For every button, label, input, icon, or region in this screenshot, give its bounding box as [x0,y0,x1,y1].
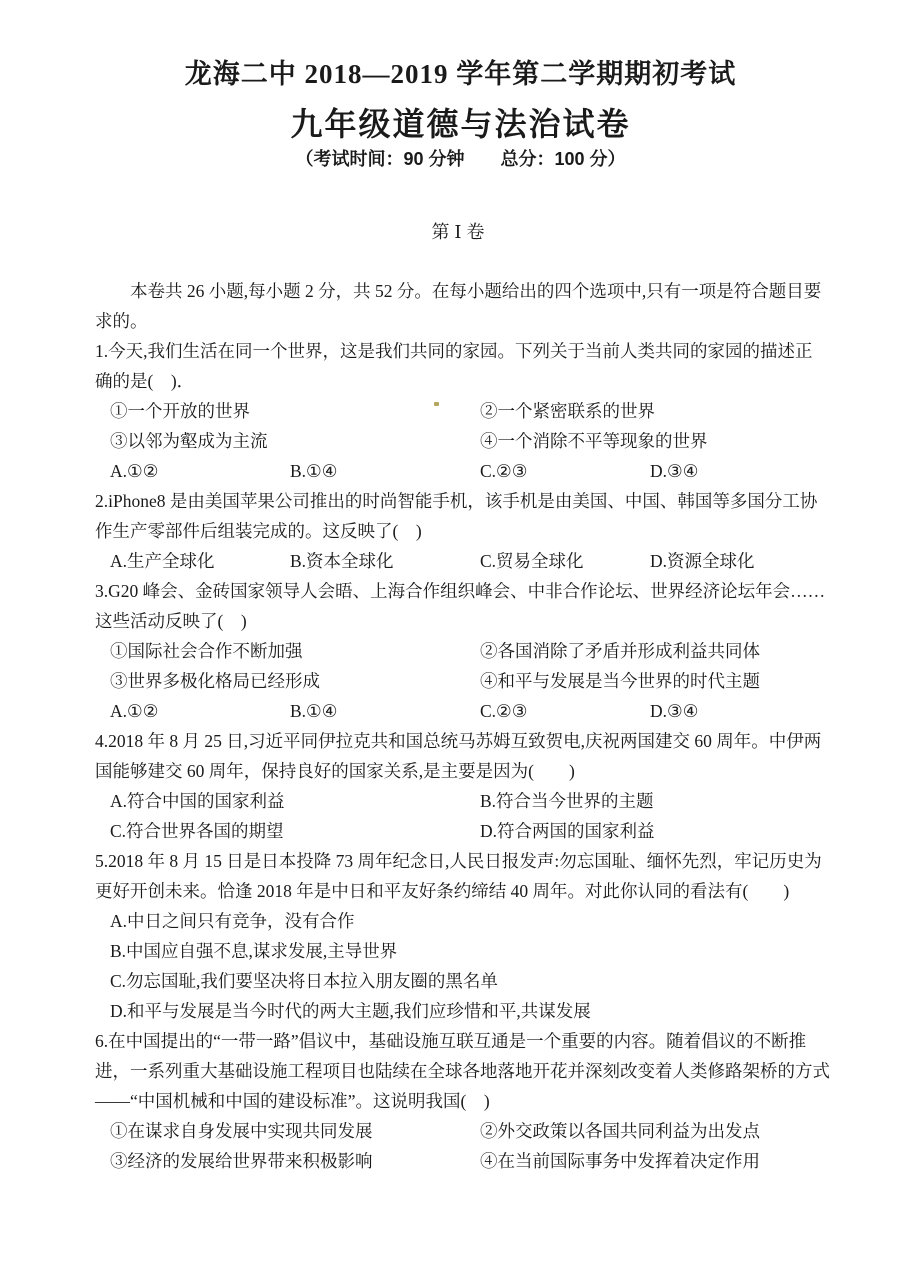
question-6-stem-line-2: 进，一系列重大基础设施工程项目也陆续在全球各地落地开花并深刻改变着人类修路架桥的… [0,1056,921,1086]
option-item-3: ③以邻为壑成为主流 [110,426,268,456]
question-6-option-row-2: ③经济的发展给世界带来积极影响 ④在当前国际事务中发挥着决定作用 [0,1146,921,1176]
question-4-stem-line-2: 国能够建交 60 周年，保持良好的国家关系,是主要是因为( ) [0,756,921,786]
option-item-1: ①国际社会合作不断加强 [110,636,303,666]
choice-d: D.③④ [650,456,698,486]
option-item-4: ④和平与发展是当今世界的时代主题 [480,666,760,696]
question-5-choice-c: C.勿忘国耻,我们要坚决将日本拉入朋友圈的黑名单 [0,966,921,996]
question-3-option-row-1: ①国际社会合作不断加强 ②各国消除了矛盾并形成利益共同体 [0,636,921,666]
paper-body: 本卷共 26 小题,每小题 2 分，共 52 分。在每小题给出的四个选项中,只有… [0,276,921,1176]
question-3-choice-row: A.①② B.①④ C.②③ D.③④ [0,696,921,726]
choice-c: C.符合世界各国的期望 [110,816,284,846]
exam-session-title: 龙海二中 2018—2019 学年第二学期期初考试 [0,56,921,92]
choice-c: C.②③ [480,456,527,486]
question-4-stem-line-1: 4.2018 年 8 月 25 日,习近平同伊拉克共和国总统马苏姆互致贺电,庆祝… [0,726,921,756]
choice-c: C.贸易全球化 [480,546,584,576]
question-5-choice-a: A.中日之间只有竞争，没有合作 [0,906,921,936]
question-6-stem-line-1: 6.在中国提出的“一带一路”倡议中，基础设施互联互通是一个重要的内容。随着倡议的… [0,1026,921,1056]
section-title: 第Ⅰ卷 [0,219,921,245]
choice-b: B.符合当今世界的主题 [480,786,654,816]
question-4-choice-row-cd: C.符合世界各国的期望 D.符合两国的国家利益 [0,816,921,846]
question-6-stem-line-3: ——“中国机械和中国的建设标准”。这说明我国( ) [0,1086,921,1116]
stray-ink-dot [434,402,439,406]
option-item-4: ④在当前国际事务中发挥着决定作用 [480,1146,760,1176]
question-1-choice-row: A.①② B.①④ C.②③ D.③④ [0,456,921,486]
question-1-option-row-2: ③以邻为壑成为主流 ④一个消除不平等现象的世界 [0,426,921,456]
question-2-stem-line-1: 2.iPhone8 是由美国苹果公司推出的时尚智能手机，该手机是由美国、中国、韩… [0,486,921,516]
question-1-stem-line-1: 1.今天,我们生活在同一个世界，这是我们共同的家园。下列关于当前人类共同的家园的… [0,336,921,366]
question-1-option-row-1: ①一个开放的世界 ②一个紧密联系的世界 [0,396,921,426]
choice-d: D.③④ [650,696,698,726]
choice-a: A.生产全球化 [110,546,215,576]
question-5-stem-line-2: 更好开创未来。恰逢 2018 年是中日和平友好条约缔结 40 周年。对此你认同的… [0,876,921,906]
question-6-option-row-1: ①在谋求自身发展中实现共同发展 ②外交政策以各国共同利益为出发点 [0,1116,921,1146]
question-5-choice-d: D.和平与发展是当今时代的两大主题,我们应珍惜和平,共谋发展 [0,996,921,1026]
question-2-stem-line-2: 作生产零部件后组装完成的。这反映了( ) [0,516,921,546]
choice-b: B.①④ [290,456,337,486]
exam-paper-page: 龙海二中 2018—2019 学年第二学期期初考试 九年级道德与法治试卷 （考试… [0,0,921,1276]
choice-a: A.①② [110,456,158,486]
question-1-stem-line-2: 确的是( )． [0,366,921,396]
question-4-choice-row-ab: A.符合中国的国家利益 B.符合当今世界的主题 [0,786,921,816]
option-item-1: ①在谋求自身发展中实现共同发展 [110,1116,373,1146]
question-5-choice-b: B.中国应自强不息,谋求发展,主导世界 [0,936,921,966]
option-item-2: ②一个紧密联系的世界 [480,396,655,426]
choice-c: C.②③ [480,696,527,726]
option-item-4: ④一个消除不平等现象的世界 [480,426,708,456]
intro-line-1: 本卷共 26 小题,每小题 2 分，共 52 分。在每小题给出的四个选项中,只有… [0,276,921,306]
choice-a: A.符合中国的国家利益 [110,786,285,816]
question-5-stem-line-1: 5.2018 年 8 月 15 日是日本投降 73 周年纪念日,人民日报发声:勿… [0,846,921,876]
paper-title: 九年级道德与法治试卷 [0,103,921,145]
exam-meta-line: （考试时间：90 分钟 总分：100 分） [0,146,921,172]
option-item-3: ③经济的发展给世界带来积极影响 [110,1146,373,1176]
choice-a: A.①② [110,696,158,726]
option-item-1: ①一个开放的世界 [110,396,250,426]
choice-b: B.资本全球化 [290,546,394,576]
option-item-2: ②各国消除了矛盾并形成利益共同体 [480,636,760,666]
question-3-option-row-2: ③世界多极化格局已经形成 ④和平与发展是当今世界的时代主题 [0,666,921,696]
option-item-3: ③世界多极化格局已经形成 [110,666,320,696]
question-2-choice-row: A.生产全球化 B.资本全球化 C.贸易全球化 D.资源全球化 [0,546,921,576]
option-item-2: ②外交政策以各国共同利益为出发点 [480,1116,760,1146]
choice-b: B.①④ [290,696,337,726]
choice-d: D.资源全球化 [650,546,755,576]
question-3-stem-line-1: 3.G20 峰会、金砖国家领导人会晤、上海合作组织峰会、中非合作论坛、世界经济论… [0,576,921,606]
intro-line-2: 求的。 [0,306,921,336]
choice-d: D.符合两国的国家利益 [480,816,655,846]
question-3-stem-line-2: 这些活动反映了( ) [0,606,921,636]
